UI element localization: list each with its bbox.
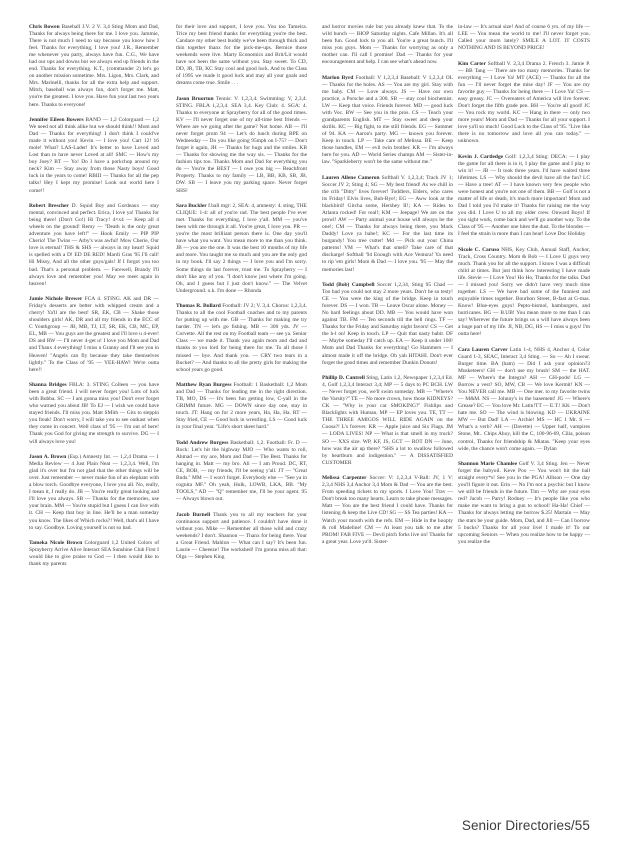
- column-3: and horror movies rule but you already k…: [322, 24, 453, 554]
- senior-name: Matthew Ryan Burgess: [176, 382, 232, 388]
- senior-text: for their love and support, I love you. …: [176, 24, 307, 86]
- senior-entry: Todd (Bob) Campbell Soccer 1,2,34, Sting…: [322, 282, 453, 367]
- senior-entry: Cara Lauren Carver Latin 1-4, NHS 4, Anc…: [458, 347, 590, 453]
- senior-text: Soccer: V: 1,2,3,4 V-Ball: JV, 1 V: 2,3,…: [322, 475, 453, 544]
- senior-text: Football: 1 Basketball: 1,2 Mom and Dad …: [176, 382, 307, 430]
- senior-text: Sting, Latin 1,2, Newspaper 1,2,3,4 Ed. …: [322, 375, 453, 466]
- senior-name: Robert Brescher: [29, 203, 69, 209]
- senior-entry: Jason A. Brown (Esp.) Amnesty Int. — 1,2…: [29, 454, 159, 532]
- senior-name: Sara Buckler: [176, 203, 207, 209]
- senior-text: (Esp.) Amnesty Int. — 1,2,4 Drama — 1 Me…: [29, 454, 159, 530]
- senior-name: Shannon Marie Chamlee: [458, 461, 517, 467]
- senior-text: Thank you to all my teachers for your co…: [176, 512, 307, 560]
- senior-text: Soccer 1,2,34, Sting 95 Chad — Too bad y…: [322, 282, 453, 366]
- senior-entry: Robert Brescher D. Squid Boy and Gordeau…: [29, 203, 159, 288]
- senior-text: Golf V. 3,4 Sting. Jen — Never forget th…: [458, 461, 590, 545]
- senior-entry: Jennifer Eileen Bowers BAND — 1,2 Colorg…: [29, 117, 159, 195]
- senior-name: Lauren Allene Cameron: [322, 175, 380, 181]
- senior-name: Kevin J. Cartledge: [458, 154, 503, 160]
- page-footer-title: Senior Directories/55: [462, 818, 590, 833]
- senior-name: Shanna Bridges: [29, 382, 67, 388]
- senior-text: Football: JV 2; V. 3,4. Chorus: 1,2,3,4.…: [176, 303, 307, 372]
- senior-name: Jamie Nichole Brewer: [29, 296, 82, 302]
- senior-text: Golf: 1,2,3,4 Sting: DECA: — I play the …: [458, 154, 590, 238]
- column-1: Chris Bowen Baseball J.V. 2 V. 3,4 Sting…: [29, 24, 159, 577]
- senior-text: in-law — It's actual size! And of course…: [458, 24, 590, 51]
- senior-name: Tameka Nicole Brown: [29, 540, 82, 546]
- senior-name: Jacob Burnell: [176, 512, 210, 518]
- senior-entry-continued: in-law — It's actual size! And of course…: [458, 24, 590, 52]
- senior-name: Phillip D. Cantrell: [322, 375, 365, 381]
- senior-text: D. Squid Boy and Gordeaux — stay mental,…: [29, 203, 159, 287]
- senior-entry: Kevin J. Cartledge Golf: 1,2,3,4 Sting: …: [458, 154, 590, 239]
- senior-text: f.ball mgr: 2, SEA: 4, amnesty: 4. sting…: [176, 203, 307, 294]
- senior-name: Jennifer Eileen Bowers: [29, 117, 84, 123]
- senior-entry: Shanna Bridges FBLA: 3. STING Colleen — …: [29, 382, 159, 445]
- yearbook-page: Chris Bowen Baseball J.V. 2 V. 3,4 Sting…: [0, 0, 635, 850]
- senior-entry: Shannon Marie Chamlee Golf V. 3,4 Sting.…: [458, 461, 590, 546]
- senior-entry: Matthew Ryan Burgess Football: 1 Basketb…: [176, 382, 307, 431]
- senior-entry: Tameka Nicole Brown Colorguard 1,2 Unite…: [29, 540, 159, 568]
- senior-text: Softball V. 2,3,4 Drama 2. French 3. Jam…: [458, 61, 590, 145]
- senior-entry: Phillip D. Cantrell Sting, Latin 1,2, Ne…: [322, 375, 453, 467]
- senior-name: Cara Lauren Carver: [458, 347, 508, 353]
- senior-text: and horror movies rule but you already k…: [322, 24, 453, 65]
- senior-text: Tennis: V. 1,2,3,4. Swimming: V, 2,3,4. …: [176, 96, 307, 194]
- senior-entry: Marlon Byrd Football: V 1,2,3,4 Baseball…: [322, 75, 453, 167]
- senior-entry-continued: and horror movies rule but you already k…: [322, 24, 453, 66]
- senior-text: FBLA: 3. STING Colleen — you have been a…: [29, 382, 159, 444]
- senior-name: Jason A. Brown: [29, 454, 66, 460]
- senior-entry: Todd Andrew Burgess Basketball: 1,2. Foo…: [176, 440, 307, 503]
- senior-name: Marlon Byrd: [322, 75, 353, 81]
- senior-entry: Melissa Carpenter Soccer: V: 1,2,3,4 V-B…: [322, 475, 453, 545]
- senior-name: Todd Andrew Burgess: [176, 440, 228, 446]
- senior-entry: Jacob Burnell Thank you to all my teache…: [176, 512, 307, 561]
- senior-name: Chris Bowen: [29, 24, 60, 30]
- senior-name: Kim Carter: [458, 61, 486, 67]
- senior-text: Softball V. 1,2,3,4; Track JV 1; Soccer …: [322, 175, 453, 273]
- senior-entry: Jamie Nichole Brewer FCA 4. STING. AK an…: [29, 296, 159, 374]
- senior-name: Todd (Bob) Campbell: [322, 282, 375, 288]
- senior-text: BAND — 1,2 Colorguard — 1,2 We need not …: [29, 117, 159, 193]
- senior-text: NHS, Key Club, Annual Staff, Anchor, Tra…: [458, 247, 590, 338]
- senior-entry: Lauren Allene Cameron Softball V. 1,2,3,…: [322, 175, 453, 274]
- senior-text: Football: V 1,2,3,4 Baseball: V 1,2,3,4 …: [322, 75, 453, 166]
- senior-text: FCA 4. STING. AK and DR — Friday's desse…: [29, 296, 159, 372]
- senior-text: Latin 1-4, NHS 4, Anchor 4, Color Guard …: [458, 347, 590, 452]
- senior-entry: Jason Bruorton Tennis: V. 1,2,3,4. Swimm…: [176, 96, 307, 195]
- senior-entry: Kim Carter Softball V. 2,3,4 Drama 2. Fr…: [458, 61, 590, 146]
- senior-name: Nicole C. Caruso: [458, 247, 499, 253]
- senior-entry: Nicole C. Caruso NHS, Key Club, Annual S…: [458, 247, 590, 339]
- senior-entry: Sara Buckler f.ball mgr: 2, SEA: 4, amne…: [176, 203, 307, 295]
- senior-entry-continued: for their love and support, I love you. …: [176, 24, 307, 87]
- senior-name: Melissa Carpenter: [322, 475, 367, 481]
- senior-entry: Chris Bowen Baseball J.V. 2 V. 3,4 Sting…: [29, 24, 159, 109]
- senior-text: Basketball: 1,2. Football: Fr. D — Rock:…: [176, 440, 307, 502]
- senior-name: Thomas R. Bullard: [176, 303, 221, 309]
- senior-entry: Thomas R. Bullard Football: JV 2; V. 3,4…: [176, 303, 307, 373]
- senior-name: Jason Bruorton: [176, 96, 214, 102]
- senior-text: Baseball J.V. 2 V. 3,4 Sting Mom and Dad…: [29, 24, 159, 108]
- column-4: in-law — It's actual size! And of course…: [458, 24, 590, 554]
- column-2: for their love and support, I love you. …: [176, 24, 307, 570]
